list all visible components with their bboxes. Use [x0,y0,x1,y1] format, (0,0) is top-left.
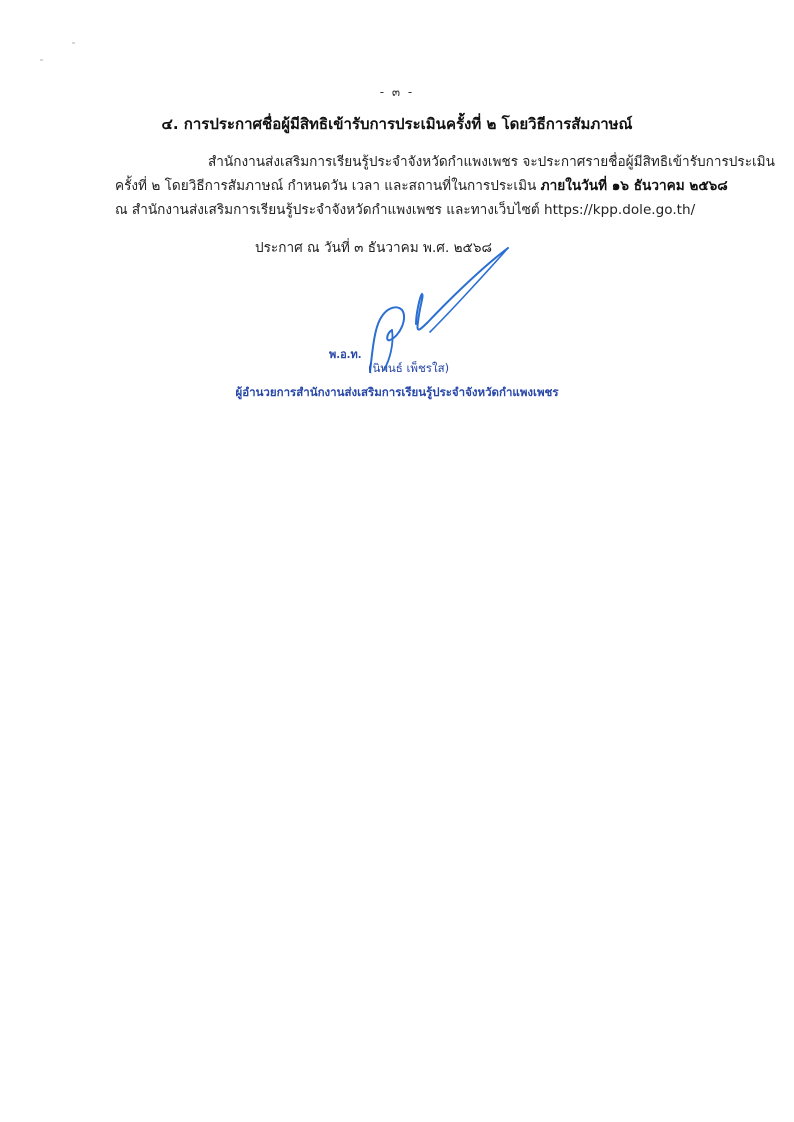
scan-speck [72,42,75,44]
page-number: - ๓ - [0,83,794,102]
signer-name: (นิพนธ์ เพ็ชรใส) [368,360,449,378]
paragraph-line-2: ครั้งที่ ๒ โดยวิธีการสัมภาษณ์ กำหนดวัน เ… [115,174,728,196]
signer-rank: พ.อ.ท. [329,345,362,363]
paragraph-line-3: ณ สำนักงานส่งเสริมการเรียนรู้ประจำจังหวั… [115,198,695,220]
signer-position: ผู้อำนวยการสำนักงานส่งเสริมการเรียนรู้ปร… [0,384,794,402]
section-title: ๔. การประกาศชื่อผู้มีสิทธิเข้ารับการประเ… [0,112,794,136]
scan-speck [40,59,43,61]
deadline-date: ภายในวันที่ ๑๖ ธันวาคม ๒๕๖๘ [541,178,728,194]
paragraph-line-1: สำนักงานส่งเสริมการเรียนรู้ประจำจังหวัดก… [208,150,775,172]
paragraph-line-2-text: ครั้งที่ ๒ โดยวิธีการสัมภาษณ์ กำหนดวัน เ… [115,178,541,194]
